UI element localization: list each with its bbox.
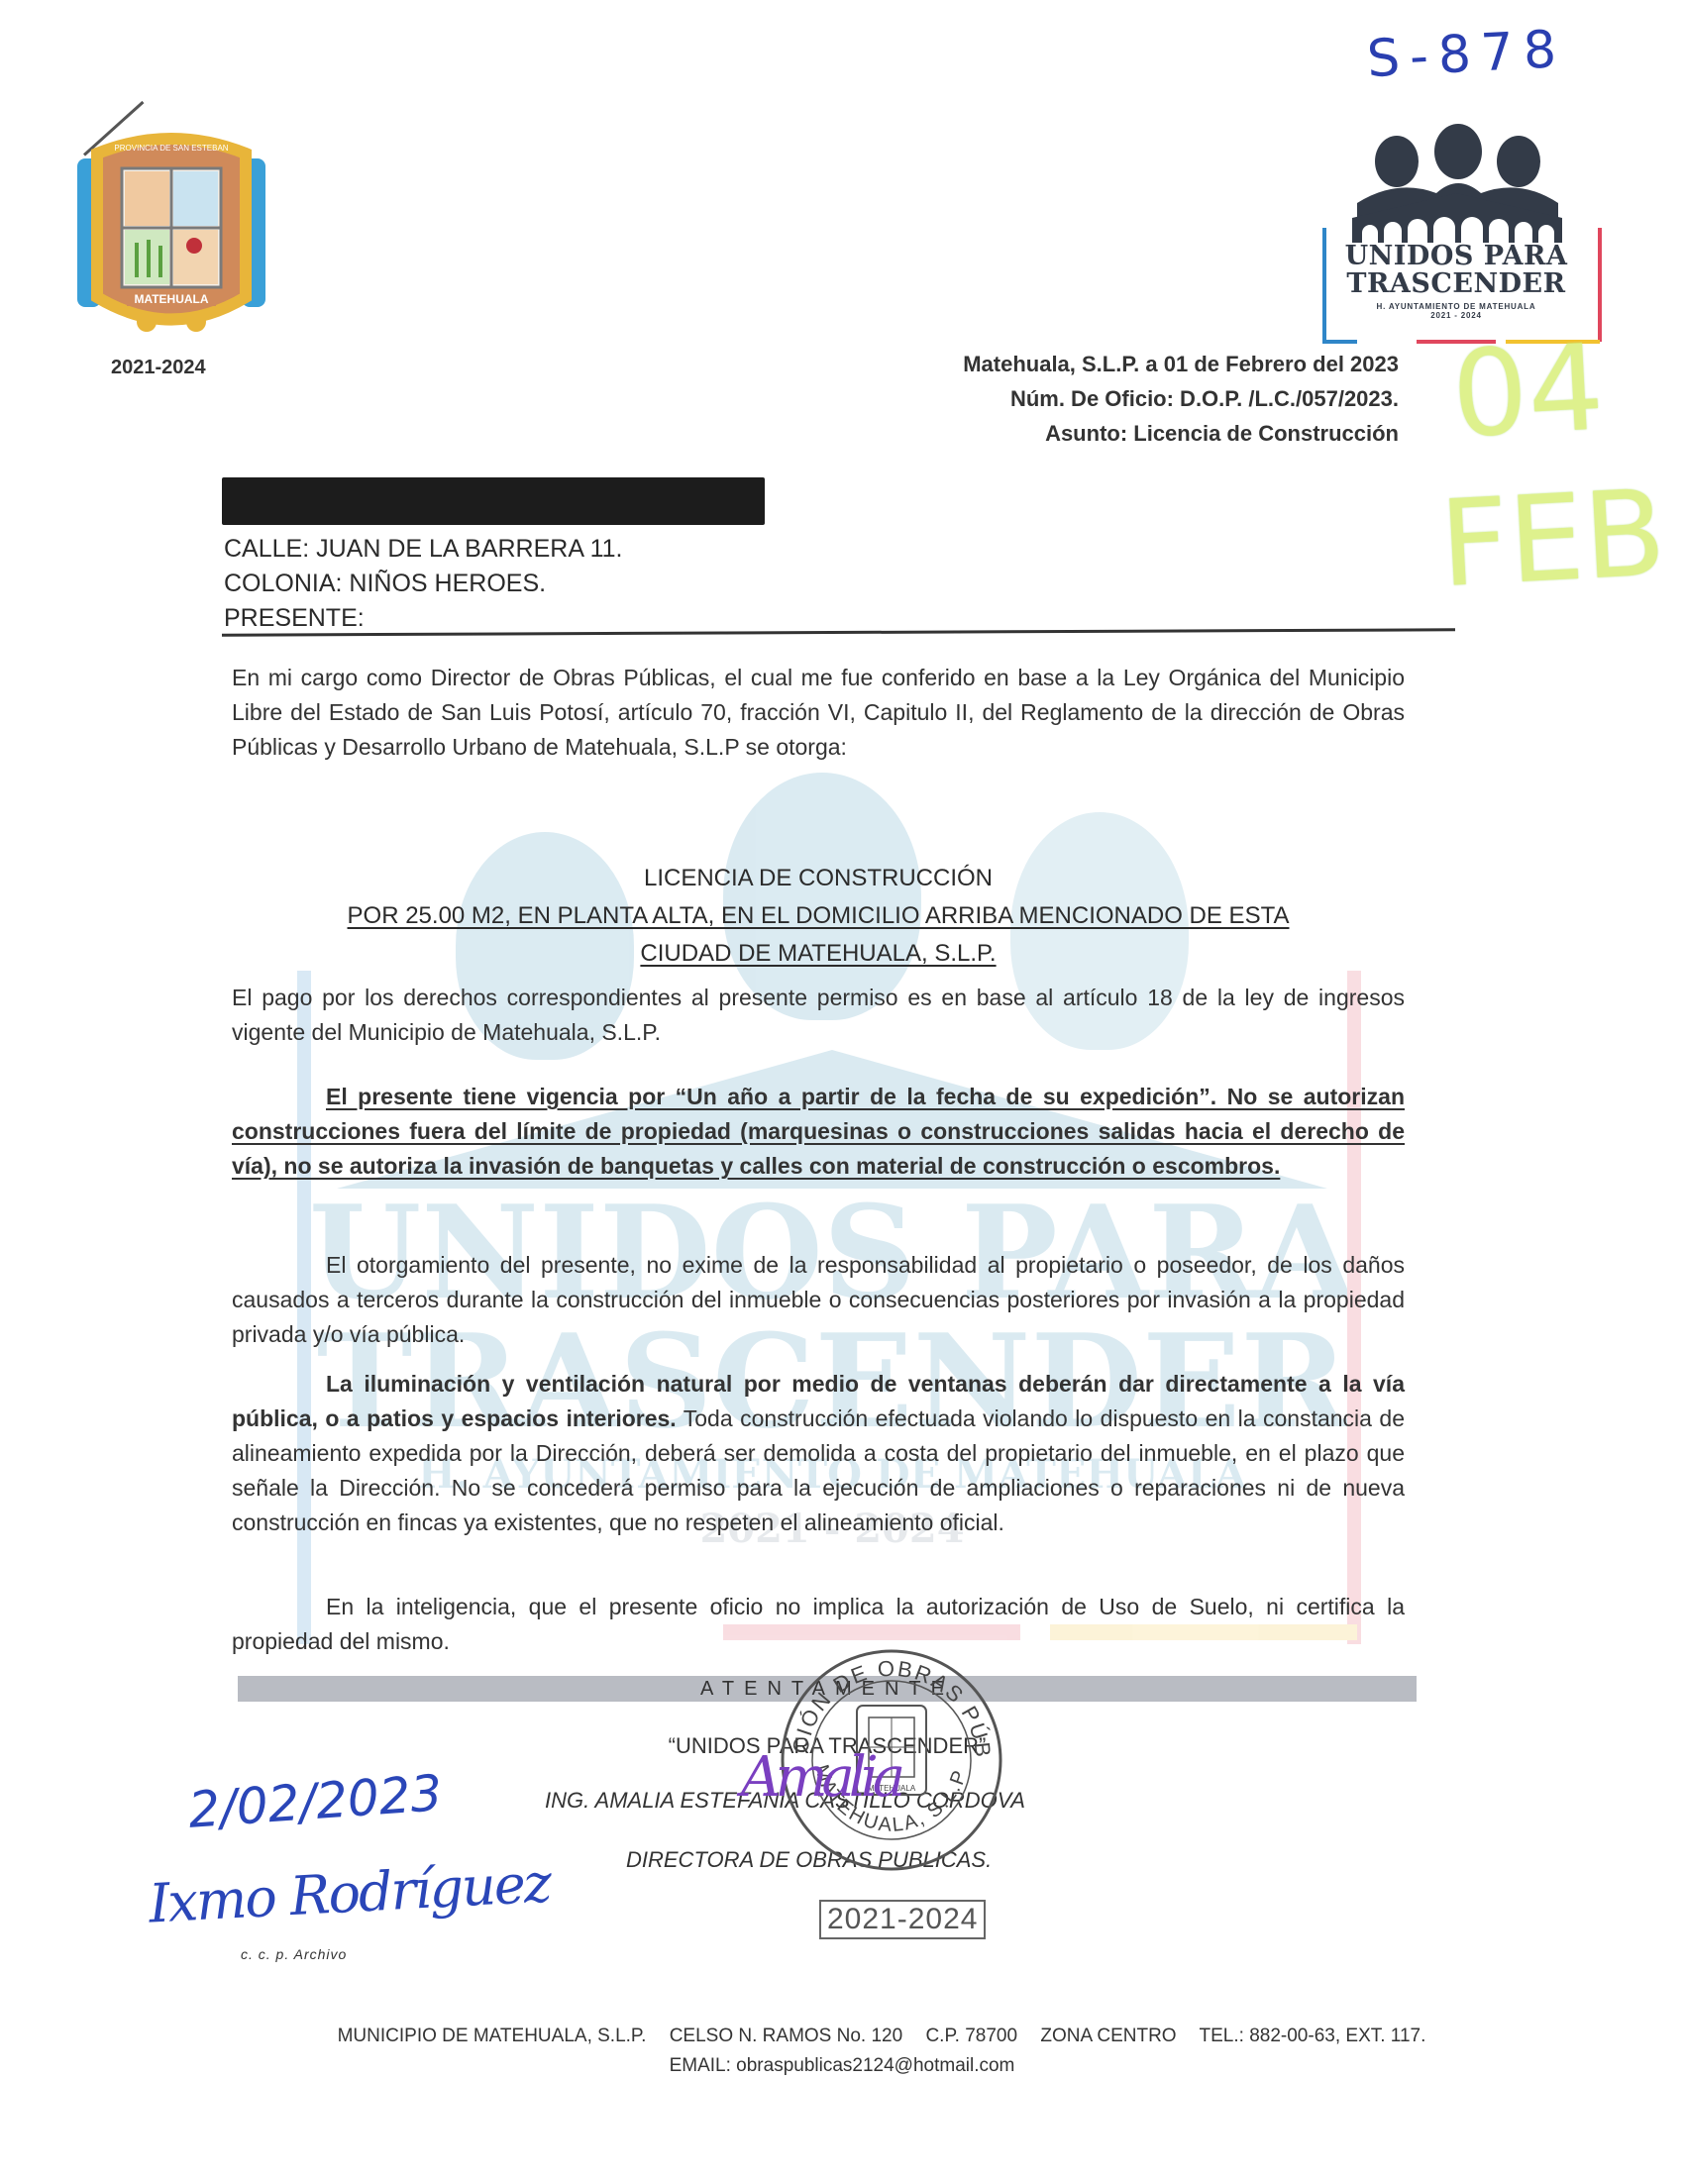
handwritten-receipt-date: 2/02/2023 [186, 1764, 444, 1839]
footer-phone: TEL.: 882-00-63, EXT. 117. [1200, 2026, 1426, 2046]
carbon-copy-note: c. c. p. Archivo [241, 1946, 347, 1962]
footer-street: CELSO N. RAMOS No. 120 [670, 2026, 902, 2046]
svg-text:PROVINCIA DE SAN ESTEBAN: PROVINCIA DE SAN ESTEBAN [114, 144, 228, 153]
recipient-address: CALLE: JUAN DE LA BARRERA 11. COLONIA: N… [224, 532, 622, 636]
letter-header-block: Matehuala, S.L.P. a 01 de Febrero del 20… [963, 347, 1399, 451]
unidos-para-trascender-logo: UNIDOS PARA TRASCENDER H. AYUNTAMIENTO D… [1342, 124, 1570, 347]
brand-subtitle: H. AYUNTAMIENTO DE MATEHUALA [1342, 302, 1570, 311]
seal-years-box: 2021-2024 [819, 1900, 986, 1939]
license-detail-line1: POR 25.00 M2, EN PLANTA ALTA, EN EL DOMI… [232, 897, 1405, 935]
footer-municipality: MUNICIPIO DE MATEHUALA, S.L.P. [338, 2026, 647, 2046]
footer-postal-code: C.P. 78700 [925, 2026, 1017, 2046]
license-heading-block: LICENCIA DE CONSTRUCCIÓN POR 25.00 M2, E… [232, 860, 1405, 973]
director-signature: Amalia [741, 1745, 899, 1810]
footer-address: MUNICIPIO DE MATEHUALA, S.L.P. CELSO N. … [0, 2026, 1684, 2047]
portraits-building-icon [1342, 124, 1570, 243]
handwritten-receipt-signature: Ixmo Rodríguez [148, 1851, 552, 1934]
administration-years: 2021-2024 [111, 357, 206, 379]
svg-text:MATEHUALA: MATEHUALA [134, 292, 208, 306]
recipient-street: CALLE: JUAN DE LA BARRERA 11. [224, 532, 622, 567]
subject-line: Asunto: Licencia de Construcción [963, 416, 1399, 451]
liability-paragraph: El otorgamiento del presente, no exime d… [232, 1248, 1405, 1352]
license-detail-line2: CIUDAD DE MATEHUALA, S.L.P. [232, 935, 1405, 973]
footer-zone: ZONA CENTRO [1040, 2026, 1176, 2046]
matehuala-coat-of-arms-icon: MATEHUALA PROVINCIA DE SAN ESTEBAN [77, 129, 265, 337]
footer-email: EMAIL: obraspublicas2124@hotmail.com [0, 2055, 1684, 2077]
office-number: Núm. De Oficio: D.O.P. /L.C./057/2023. [963, 381, 1399, 416]
lighting-paragraph: La iluminación y ventilación natural por… [232, 1367, 1405, 1540]
brand-blue-foot [1322, 340, 1357, 344]
intro-paragraph: En mi cargo como Director de Obras Públi… [232, 661, 1405, 765]
place-and-date: Matehuala, S.L.P. a 01 de Febrero del 20… [963, 347, 1399, 381]
handwritten-received-month: FEB [1436, 460, 1682, 620]
brand-blue-bar [1322, 228, 1326, 342]
validity-paragraph: El presente tiene vigencia por “Un año a… [232, 1080, 1405, 1184]
brand-title-line1: UNIDOS PARA [1342, 243, 1570, 270]
handwritten-received-day: 04 [1428, 311, 1674, 471]
redacted-recipient-name [222, 477, 765, 525]
brand-title-line2: TRASCENDER [1342, 270, 1570, 298]
handwritten-reference-number: S-878 [1366, 20, 1568, 89]
recipient-presente: PRESENTE: [224, 601, 622, 636]
payment-paragraph: El pago por los derechos correspondiente… [232, 981, 1405, 1050]
license-title: LICENCIA DE CONSTRUCCIÓN [232, 860, 1405, 897]
svg-text:DIRECCIÓN DE OBRAS PÚBLICAS: DIRECCIÓN DE OBRAS PÚBLICAS [778, 1646, 996, 1760]
handwritten-received-stamp: 04 FEB [1428, 311, 1681, 620]
recipient-colony: COLONIA: NIÑOS HEROES. [224, 567, 622, 601]
